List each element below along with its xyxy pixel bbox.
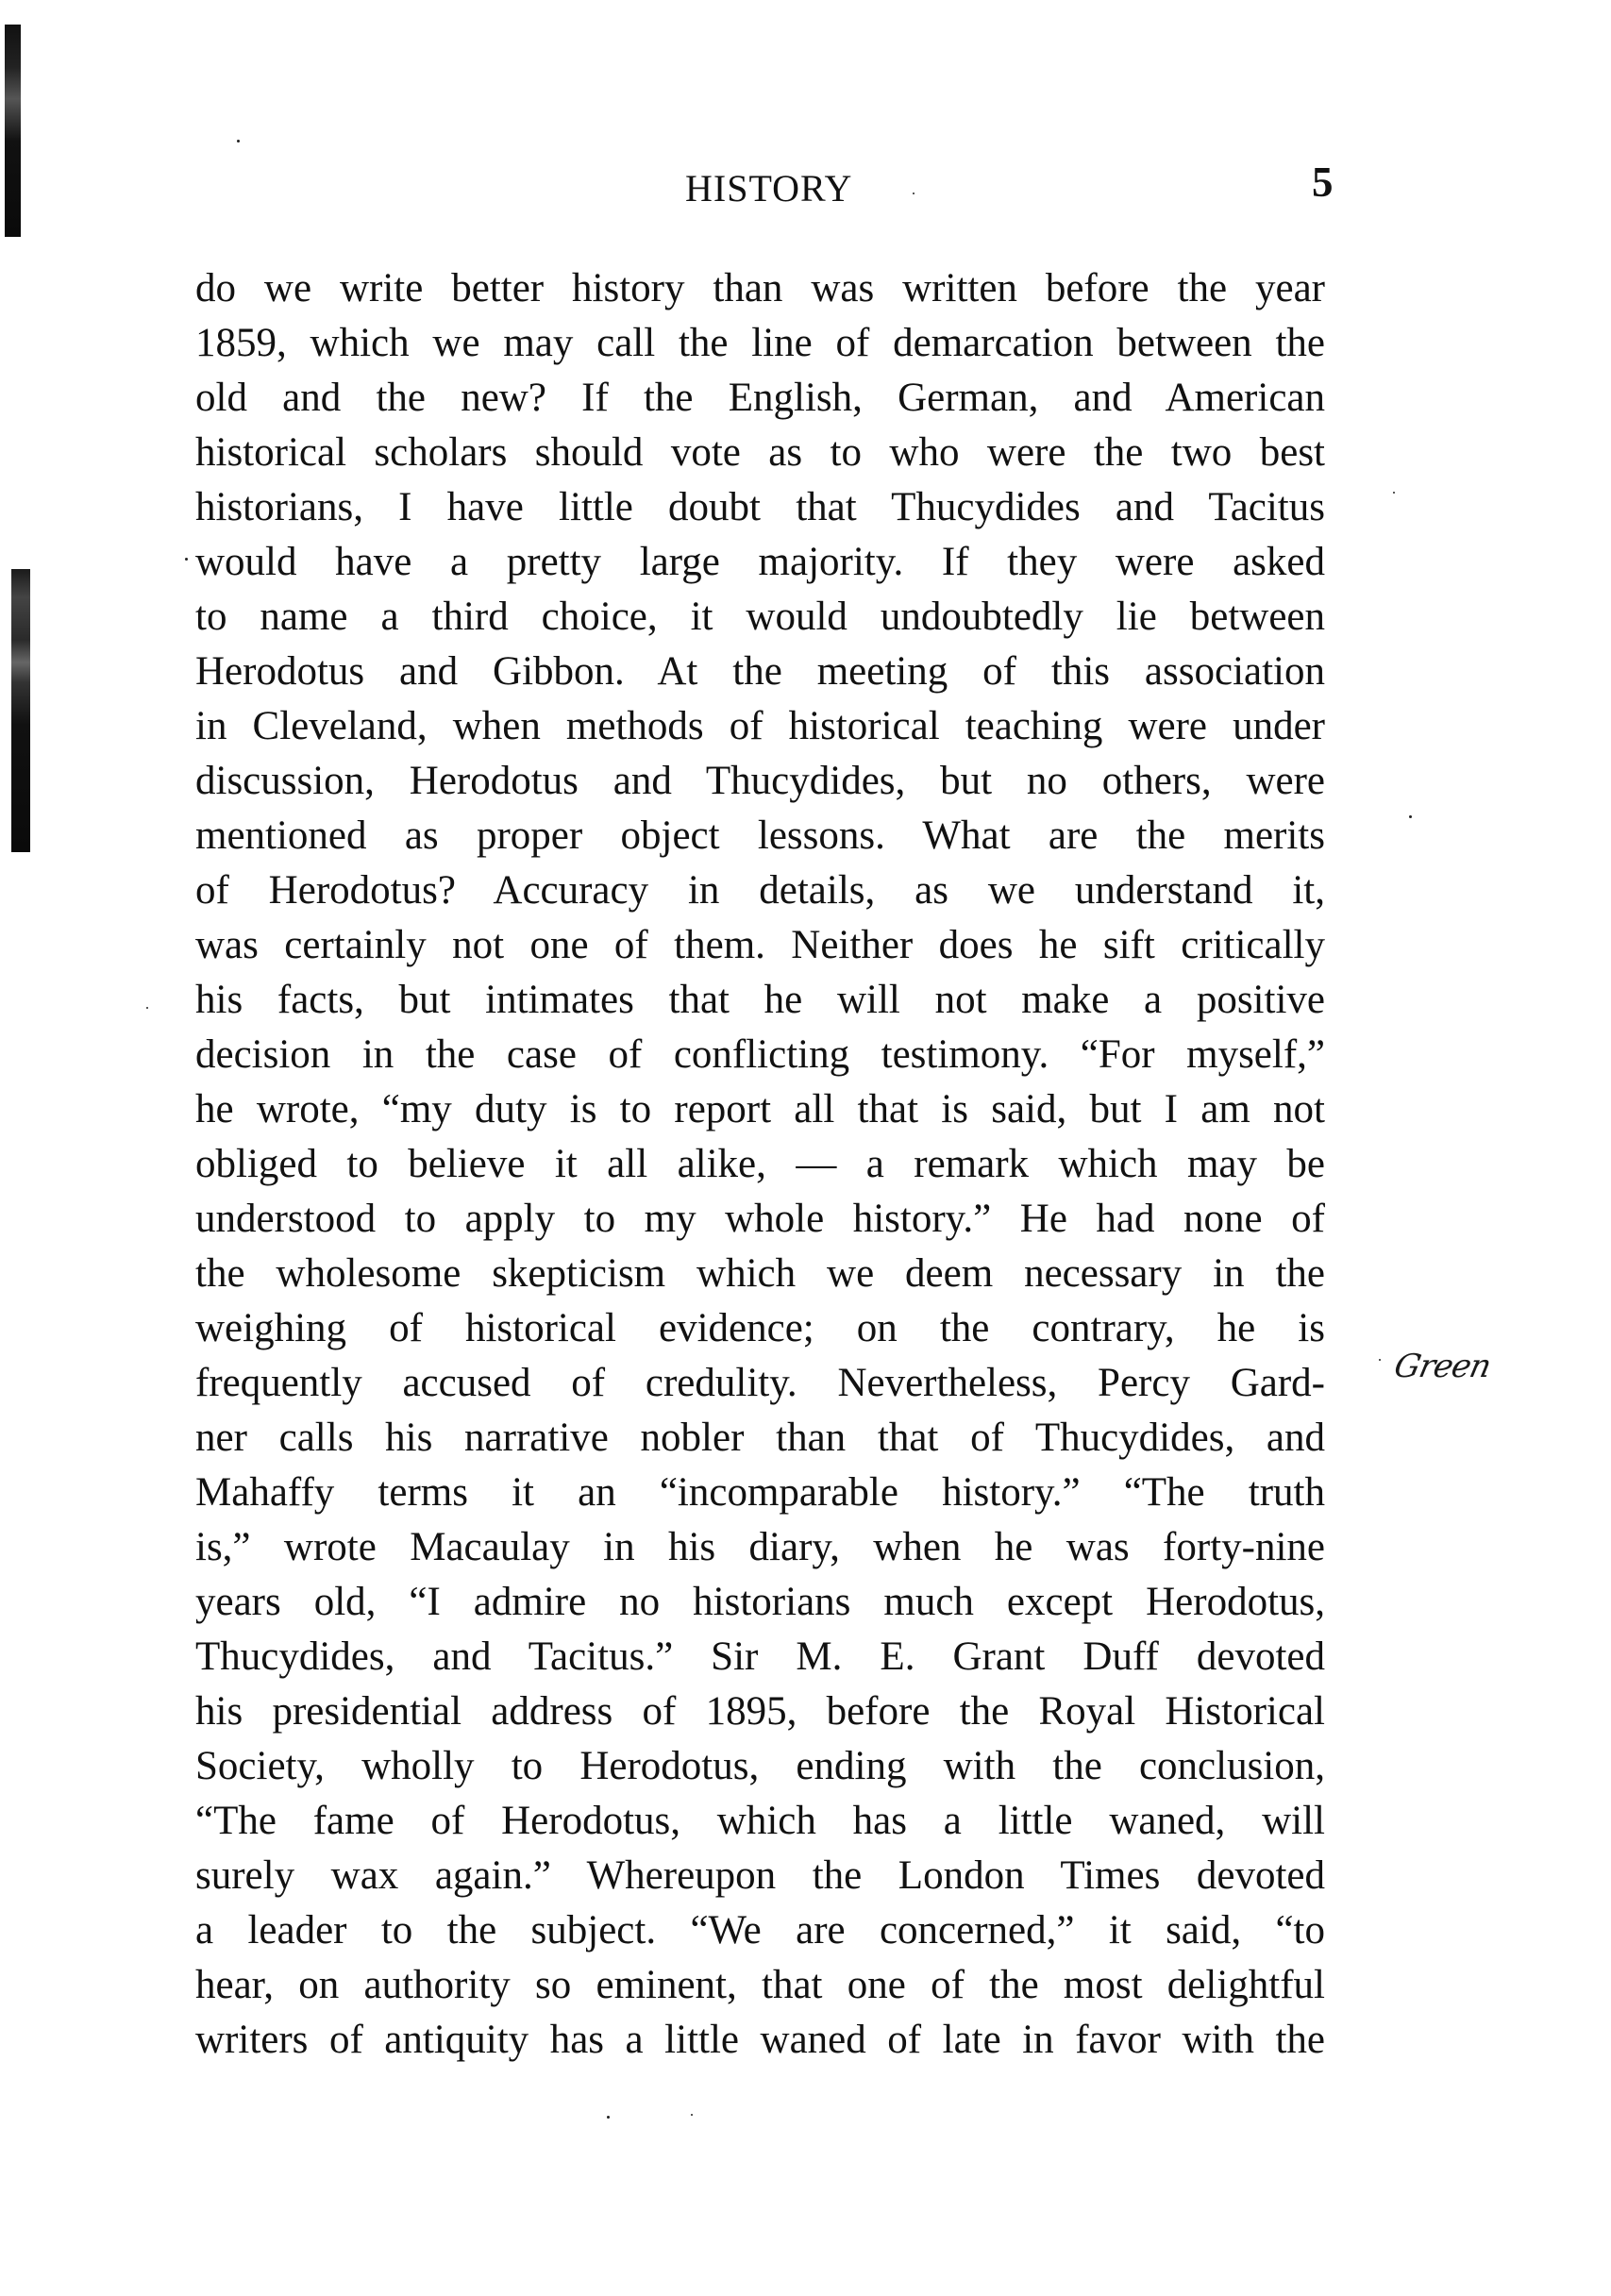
- text-line: weighing of historical evidence; on the …: [195, 1301, 1325, 1356]
- text-line: hear, on authority so eminent, that one …: [195, 1958, 1325, 2013]
- text-line: understood to apply to my whole history.…: [195, 1192, 1325, 1247]
- running-head: HISTORY: [685, 170, 852, 208]
- scan-speck: [1409, 815, 1412, 818]
- text-line: Mahaffy terms it an “incomparable histor…: [195, 1466, 1325, 1520]
- body-text: do we write better history than was writ…: [195, 261, 1325, 2068]
- text-line: years old, “I admire no historians much …: [195, 1575, 1325, 1630]
- text-line: Herodotus and Gibbon. At the meeting of …: [195, 645, 1325, 699]
- scan-speck: [1379, 1359, 1381, 1361]
- text-line: “The fame of Herodotus, which has a litt…: [195, 1794, 1325, 1849]
- text-line: of Herodotus? Accuracy in details, as we…: [195, 863, 1325, 918]
- text-line: decision in the case of conflicting test…: [195, 1028, 1325, 1082]
- page-number: 5: [1312, 161, 1334, 204]
- text-line: his presidential address of 1895, before…: [195, 1684, 1325, 1739]
- text-line: ner calls his narrative nobler than that…: [195, 1411, 1325, 1466]
- text-line: historians, I have little doubt that Thu…: [195, 480, 1325, 535]
- text-line: obliged to believe it all alike, — a rem…: [195, 1137, 1325, 1192]
- text-line: he wrote, “my duty is to report all that…: [195, 1082, 1325, 1137]
- text-line: to name a third choice, it would undoubt…: [195, 590, 1325, 645]
- scan-speck: [1393, 492, 1395, 494]
- scan-edge-mark-middle: [11, 569, 30, 852]
- text-line: would have a pretty large majority. If t…: [195, 535, 1325, 590]
- text-line: in Cleveland, when methods of historical…: [195, 699, 1325, 754]
- text-line: discussion, Herodotus and Thucydides, bu…: [195, 754, 1325, 809]
- text-line: his facts, but intimates that he will no…: [195, 973, 1325, 1028]
- text-line: the wholesome skepticism which we deem n…: [195, 1247, 1325, 1301]
- text-line: frequently accused of credulity. Neverth…: [195, 1356, 1325, 1411]
- text-line: old and the new? If the English, German,…: [195, 371, 1325, 426]
- scan-speck: [913, 193, 915, 194]
- handwritten-margin-note: Green: [1391, 1348, 1494, 1385]
- text-line: surely wax again.” Whereupon the London …: [195, 1849, 1325, 1903]
- scan-speck: [691, 2114, 693, 2116]
- text-line: was certainly not one of them. Neither d…: [195, 918, 1325, 973]
- scan-edge-mark-top: [5, 25, 21, 237]
- text-line: Thucydides, and Tacitus.” Sir M. E. Gran…: [195, 1630, 1325, 1684]
- text-line: a leader to the subject. “We are concern…: [195, 1903, 1325, 1958]
- scan-speck: [185, 558, 188, 561]
- scan-speck: [146, 1007, 148, 1009]
- scan-speck: [607, 2116, 610, 2119]
- scan-speck: [237, 140, 240, 142]
- text-line: 1859, which we may call the line of dema…: [195, 316, 1325, 371]
- text-line: do we write better history than was writ…: [195, 261, 1325, 316]
- text-line: writers of antiquity has a little waned …: [195, 2013, 1325, 2068]
- text-line: mentioned as proper object lessons. What…: [195, 809, 1325, 863]
- text-line: is,” wrote Macaulay in his diary, when h…: [195, 1520, 1325, 1575]
- text-line: Society, wholly to Herodotus, ending wit…: [195, 1739, 1325, 1794]
- text-line: historical scholars should vote as to wh…: [195, 426, 1325, 480]
